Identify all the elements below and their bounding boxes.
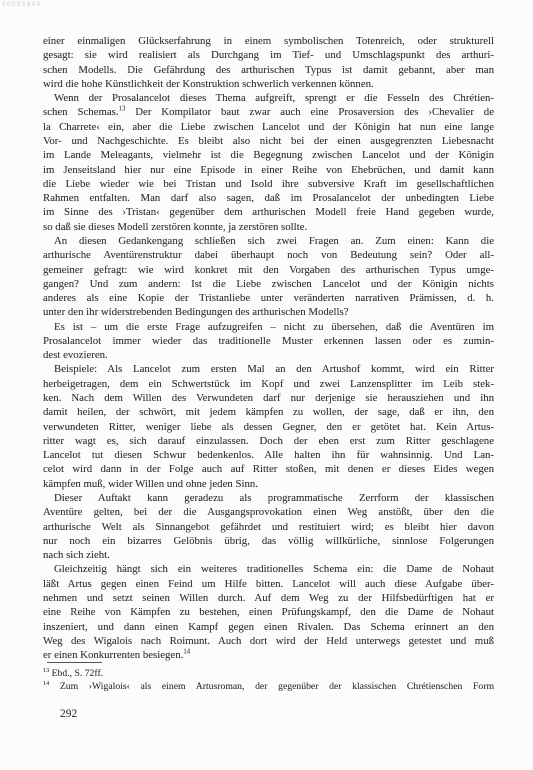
text-line: herbeigetragen, dem ein Schwertstück im … — [43, 377, 494, 391]
text-line: Aventüre gelten, bei der die Ausgangspro… — [43, 505, 494, 519]
footnote: 13 Ebd., S. 72ff. — [43, 667, 494, 680]
text-line: Wenn der Prosalancelot dieses Thema aufg… — [43, 91, 494, 105]
paragraph: Dieser Auftakt kann geradezu als program… — [43, 491, 494, 562]
footnote-reference: 14 — [43, 680, 49, 687]
text-line: celot wird dann in der Folge auch auf Ri… — [43, 462, 494, 476]
text-line: Dieser Auftakt kann geradezu als program… — [43, 491, 494, 505]
text-line: kämpfen muß, wider Willen und ohne jeden… — [43, 477, 494, 491]
text-line: gangen? Und zum andern: Ist die Liebe zw… — [43, 277, 494, 291]
text-line: ken. Nach dem Willen des Verwundeten dar… — [43, 391, 494, 405]
text-line: damit heilen, der schwört, mit jedem käm… — [43, 405, 494, 419]
text-line: Weg des Wigalois nach Roimunt. Auch dort… — [43, 634, 494, 648]
scan-id-watermark: 00055804 — [2, 1, 41, 8]
text-line: verwundeten Ritter, weniger liebe als de… — [43, 420, 494, 434]
text-line: er einen Konkurrenten besiegen.14 — [43, 648, 494, 662]
text-line: im Sinne des ›Tristan‹ gegenüber dem art… — [43, 205, 494, 219]
text-line: Lancelot tut diesen Schwur bedenkenlos. … — [43, 448, 494, 462]
text-line: die Liebe wieder wie bei Tristan und Iso… — [43, 177, 494, 191]
text-line: Beispiele: Als Lancelot zum ersten Mal a… — [43, 362, 494, 376]
text-line: eine Reihe von Kämpfen zu bestehen, eine… — [43, 605, 494, 619]
text-line: einer einmaligen Glückserfahrung in eine… — [43, 34, 494, 48]
text-line: Rahmen entfalten. Man darf also sagen, d… — [43, 191, 494, 205]
scanned-book-page: { "scan": { "watermark_id": "00055804" }… — [0, 0, 533, 770]
text-line: Gleichzeitig hängt sich ein weiteres tra… — [43, 562, 494, 576]
footnote-separator — [47, 662, 102, 663]
page-number: 292 — [60, 708, 77, 720]
text-line: arthurische Welt als Sinnangebot gefährd… — [43, 520, 494, 534]
text-line: Prosalancelot immer wieder das tradition… — [43, 334, 494, 348]
footnotes-section: 13 Ebd., S. 72ff.14 Zum ›Wigalois‹ als e… — [43, 662, 494, 693]
text-line: gesagt: sie wird realisiert als Durchgan… — [43, 48, 494, 62]
text-line: la Charrete‹ ein, aber die Liebe zwische… — [43, 120, 494, 134]
footnote-reference: 13 — [119, 106, 126, 113]
text-line: im Jenseitsland hier nur eine Episode in… — [43, 163, 494, 177]
text-line: inszeniert, und dann einen Kampf gegen e… — [43, 620, 494, 634]
text-line: nehmen und setzt seinen Willen durch. Au… — [43, 591, 494, 605]
text-line: nach sich zieht. — [43, 548, 494, 562]
text-line: im Lande Meleagants, vielmehr ist die Be… — [43, 148, 494, 162]
text-line: anderes als eine Kopie der Tristanliebe … — [43, 291, 494, 305]
text-line: nur noch ein bizarres Gelöbnis übrig, da… — [43, 534, 494, 548]
footnote-reference: 14 — [183, 649, 190, 656]
text-line: schen Modells. Die Gefährdung des arthur… — [43, 63, 494, 77]
body-text: einer einmaligen Glückserfahrung in eine… — [43, 34, 494, 662]
footnote: 14 Zum ›Wigalois‹ als einem Artusroman, … — [43, 680, 494, 693]
text-line: Es ist – um die erste Frage aufzugreifen… — [43, 320, 494, 334]
footnote-list: 13 Ebd., S. 72ff.14 Zum ›Wigalois‹ als e… — [43, 667, 494, 693]
text-line: ritter wagt es, sich darauf einzulassen.… — [43, 434, 494, 448]
text-line: arthurische Aventürenstruktur dabei über… — [43, 248, 494, 262]
footnote-reference: 13 — [43, 667, 49, 674]
paragraph: einer einmaligen Glückserfahrung in eine… — [43, 34, 494, 91]
text-line: so daß sie dieses Modell zerstören konnt… — [43, 220, 494, 234]
text-line: Vor- und Nachgeschichte. Es bleibt also … — [43, 134, 494, 148]
text-line: wird die hohe Künstlichkeit der Konstruk… — [43, 77, 494, 91]
paragraph: Beispiele: Als Lancelot zum ersten Mal a… — [43, 362, 494, 491]
text-line: unter den ihr widerstrebenden Bedingunge… — [43, 305, 494, 319]
text-line: dest evozieren. — [43, 348, 494, 362]
text-line: schen Schemas.13 Der Kompilator baut zwa… — [43, 105, 494, 119]
text-line: An diesen Gedankengang schließen sich zw… — [43, 234, 494, 248]
paragraph: An diesen Gedankengang schließen sich zw… — [43, 234, 494, 320]
text-line: gemeiner gefragt: wie wird konkret mit d… — [43, 263, 494, 277]
paragraph: Gleichzeitig hängt sich ein weiteres tra… — [43, 562, 494, 662]
text-line: läßt Artus gegen einen Feind um Hilfe bi… — [43, 577, 494, 591]
paragraph: Es ist – um die erste Frage aufzugreifen… — [43, 320, 494, 363]
paragraph: Wenn der Prosalancelot dieses Thema aufg… — [43, 91, 494, 234]
